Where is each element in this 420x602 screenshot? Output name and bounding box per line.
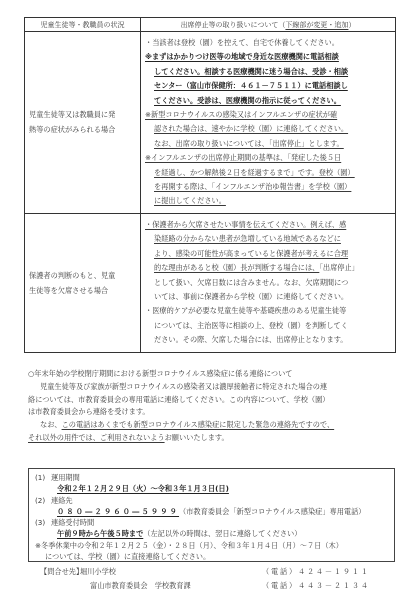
attendance-table: 児童生徒等・教職員の状況 出席停止等の取り扱いについて（下線部が変更・追加） 児… [24, 17, 396, 353]
notice-line: 絡については、市教育委員会の専用電話に連絡してください。この内容について、学校（… [28, 394, 400, 407]
holiday-notice: ○年末年始の学校閉庁期間における新型コロナウイルス感染症に係る連絡について 児童… [28, 368, 400, 445]
reception-hours: 午前９時から午後５時まで [57, 529, 143, 538]
contact-row: 【問合せ先】 堀川小学校 （電話）４２４－１９１１ [40, 565, 380, 579]
text-line: を再開する際は、「インフルエンザ治ゆ報告書」を学校（園） [145, 180, 389, 194]
phone-note: （市教育委員会「新型コロナウイルス感染症」専用電話） [179, 507, 365, 516]
item-number: (3) [35, 517, 51, 528]
text-line: を経過し、かつ解熱後２日を経過するまで」です。登校（園） [145, 166, 389, 180]
text-line: ※まずはかかりつけ医等の地域で身近な医療機関に電話相談 [145, 50, 389, 64]
note-suffix: お願いいたします。 [165, 433, 229, 442]
text-line: ださい。その際、欠席した場合には、出席停止となります。 [145, 333, 389, 347]
box-footnote: については、学校（園）に直接連絡してください。 [35, 551, 394, 562]
text-line: より、感染の可能性が高まっていると保護者が考えるに合理 [145, 247, 389, 261]
hotline-info-box: (1)運用期間 令和２年１２月２９日（火）～令和３年１月３日(日) (2)連絡先… [28, 468, 395, 562]
label-line: 生徒等を欠席させる場合 [29, 283, 136, 298]
box-item-title: (3)連絡受付時間 [35, 517, 394, 528]
row-body-absence: ・保護者から欠席させたい事情を伝えてください。例えば、感 染経路の分からない患者… [141, 213, 396, 352]
row-label-absence: 保護者の判断のもと、児童 生徒等を欠席させる場合 [25, 213, 141, 352]
box-item-value: 令和２年１２月２９日（火）～令和３年１月３日(日) [35, 483, 394, 494]
note-prefix: なお、 [40, 420, 62, 429]
tel-label: （電話） [262, 581, 298, 590]
table-row: 保護者の判断のもと、児童 生徒等を欠席させる場合 ・保護者から欠席させたい事情を… [25, 213, 396, 352]
label-line: 熱等の症状がみられる場合 [29, 122, 136, 137]
row-label-fever: 児童生徒等又は教職員に発 熱等の症状がみられる場合 [25, 32, 141, 214]
header-handling: 出席停止等の取り扱いについて（下線部が変更・追加） [141, 18, 396, 32]
header-handling-close: ） [348, 21, 355, 29]
tel-number: ４４３－２１３４ [298, 581, 370, 590]
contact-info: 【問合せ先】 堀川小学校 （電話）４２４－１９１１ 富山市教育委員会 学校教育課… [40, 565, 380, 593]
text-line: として扱い、欠席日数には含みません。なお、欠席期間につ [145, 276, 389, 290]
item-title: 連絡先 [51, 496, 73, 505]
text-line: 認された場合は、速やかに学校（園）に連絡してください。 [145, 122, 389, 136]
contact-tel: （電話）４２４－１９１１ [262, 565, 370, 579]
contact-org: 富山市教育委員会 学校教育課 [90, 579, 191, 593]
tel-number: ４２４－１９１１ [298, 567, 370, 576]
text-underlined: 的な理由があると校（園）長が判断する場合には、 [154, 263, 319, 272]
hours-note: （左記以外の時間は、翌日に連絡してください） [143, 529, 301, 538]
text-line: については、主治医等に相談の上、登校（園）を判断してく [145, 319, 389, 333]
contact-tel: （電話）４４３－２１３４ [262, 579, 370, 593]
text-line: してください。相談する医療機関に迷う場合は、受診・相談 [145, 65, 389, 79]
note-underlined: この電話はあくまでも新型コロナウイルス感染症に限定した緊急の連絡先ですので、 [62, 420, 335, 429]
label-line: 児童生徒等又は教職員に発 [29, 107, 136, 122]
notice-line: それ以外の用件では、ご利用されないようお願いいたします。 [28, 432, 400, 445]
contact-label: 【問合せ先】 [40, 565, 83, 579]
item-title: 連絡受付時間 [51, 518, 94, 527]
note-underlined: それ以外の用件では、ご利用されないよう [28, 433, 165, 442]
document-page: 児童生徒等・教職員の状況 出席停止等の取り扱いについて（下線部が変更・追加） 児… [0, 0, 420, 602]
tel-label: （電話） [262, 567, 298, 576]
text-line: ※新型コロナウイルスの感染又はインフルエンザの症状が確 [145, 108, 389, 122]
box-footnote: ※冬季休業中の令和２年１２月２５（金）・２８日（月）、令和３年１月４日（月）～７… [35, 540, 394, 551]
item-number: (2) [35, 495, 51, 506]
text-line: ・医療的ケアが必要な児童生徒等や基礎疾患のある児童生徒等 [145, 304, 389, 318]
contact-row: 富山市教育委員会 学校教育課 （電話）４４３－２１３４ [40, 579, 380, 593]
text-line: ・当該者は登校（園）を控えて、自宅で休養してください。 [145, 36, 389, 50]
label-line: 保護者の判断のもと、児童 [29, 268, 136, 283]
box-item-title: (1)運用期間 [35, 472, 394, 483]
notice-line: なお、この電話はあくまでも新型コロナウイルス感染症に限定した緊急の連絡先ですので… [28, 419, 400, 432]
item-number: (1) [35, 472, 51, 483]
header-handling-text: 出席停止等の取り扱いについて（ [181, 21, 286, 29]
text-line: 染経路の分からない患者が急増している地域であるなどに [145, 232, 389, 246]
box-item-value: 午前９時から午後５時まで（左記以外の時間は、翌日に連絡してください） [35, 528, 394, 539]
box-item-value: ０８０―２９６０―５９９９（市教育委員会「新型コロナウイルス感染症」専用電話） [35, 506, 394, 517]
hotline-phone: ０８０―２９６０―５９９９ [57, 507, 179, 516]
item-title: 運用期間 [51, 473, 80, 482]
table-header-row: 児童生徒等・教職員の状況 出席停止等の取り扱いについて（下線部が変更・追加） [25, 18, 396, 32]
table-row: 児童生徒等又は教職員に発 熱等の症状がみられる場合 ・当該者は登校（園）を控えて… [25, 32, 396, 214]
text-line: いては、事前に保護者から学校（園）に連絡してください。 [145, 290, 389, 304]
text-line: 的な理由があると校（園）長が判断する場合には、「出席停止」 [145, 261, 389, 275]
contact-org: 堀川小学校 [80, 565, 116, 579]
operation-period: 令和２年１２月２９日（火）～令和３年１月３日(日) [57, 484, 229, 493]
header-situation: 児童生徒等・教職員の状況 [25, 18, 141, 32]
text-line: センター（富山市保健所：４６１－７５１１）に電話相談し [145, 79, 389, 93]
text-line: ※インフルエンザの出席停止期間の基準は、「発症した後５日 [145, 151, 389, 165]
notice-line: は市教育委員会から連絡を受けます。 [28, 406, 400, 419]
text-line: てください。受診は、医療機関の指示に従ってください。 [145, 94, 389, 108]
header-handling-underlined: 下線部が変更・追加 [285, 21, 348, 29]
box-item-title: (2)連絡先 [35, 495, 394, 506]
text-plain: 「出席停止」 [319, 263, 359, 272]
notice-title: ○年末年始の学校閉庁期間における新型コロナウイルス感染症に係る連絡について [28, 368, 400, 381]
notice-line: 児童生徒等及び家族が新型コロナウイルスの感染者又は濃厚接触者に特定された場合の連 [28, 381, 400, 394]
row-body-fever: ・当該者は登校（園）を控えて、自宅で休養してください。 ※まずはかかりつけ医等の… [141, 32, 396, 214]
text-line: に提出してください。 [145, 194, 389, 208]
text-line: なお、出席の取り扱いについては、「出席停止」とします。 [145, 137, 389, 151]
text-line: ・保護者から欠席させたい事情を伝えてください。例えば、感 [145, 218, 389, 232]
